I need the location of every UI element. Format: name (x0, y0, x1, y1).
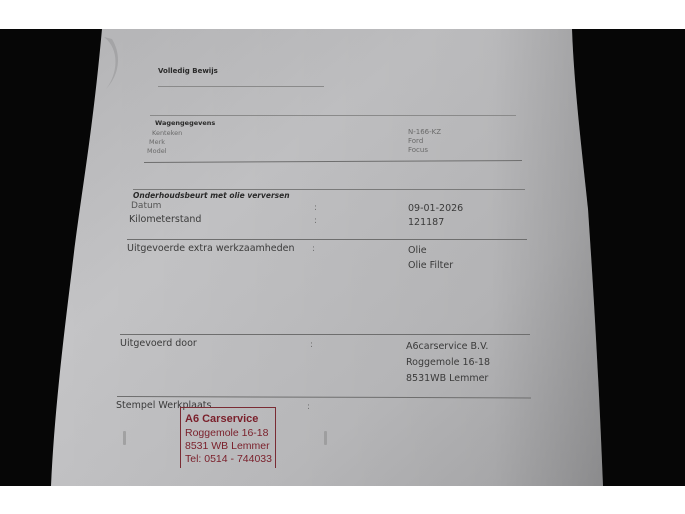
performed-by-label: Uitgevoerd door (120, 339, 197, 349)
performed-by-line: 8531WB Lemmer (406, 374, 488, 384)
divider (120, 334, 530, 335)
paper-sheet (0, 29, 685, 486)
date-separator: : (314, 204, 317, 213)
mileage-value: 121187 (408, 218, 444, 228)
performed-by-separator: : (310, 341, 313, 350)
title-underline (158, 86, 324, 87)
date-label: Datum (131, 202, 161, 211)
divider (127, 239, 527, 240)
vehicle-label: Merk (149, 139, 165, 146)
vehicle-value-make: Ford (408, 138, 423, 145)
vehicle-value-plate: N-166-KZ (408, 129, 441, 136)
stamp-phone: Tel: 0514 - 744033 (185, 454, 272, 465)
vehicle-value-model: Focus (408, 147, 428, 154)
document-photo: Volledig Bewijs Wagengegevens Kenteken M… (0, 29, 685, 486)
extra-work-label: Uitgevoerde extra werkzaamheden (127, 244, 295, 254)
vehicle-label: Model (147, 148, 167, 155)
date-value: 09-01-2026 (408, 204, 463, 214)
extra-work-item: Olie Filter (408, 261, 453, 271)
extra-work-separator: : (312, 245, 315, 254)
stamp-address: Roggemole 16-18 (185, 428, 268, 439)
pen-mark (123, 431, 126, 445)
pen-mark (324, 431, 327, 445)
mileage-separator: : (314, 217, 317, 226)
performed-by-line: Roggemole 16-18 (406, 358, 490, 368)
document-title: Volledig Bewijs (158, 68, 218, 75)
vehicle-label: Kenteken (152, 130, 182, 137)
divider (150, 115, 516, 116)
stamp-postcode: 8531 WB Lemmer (185, 441, 270, 452)
mileage-label: Kilometerstand (129, 215, 201, 225)
extra-work-item: Olie (408, 246, 427, 256)
workshop-stamp: A6 Carservice Roggemole 16-18 8531 WB Le… (180, 407, 276, 468)
service-heading: Onderhoudsbeurt met olie verversen (133, 192, 290, 200)
vehicle-heading: Wagengegevens (155, 120, 215, 127)
stamp-separator: : (307, 403, 310, 412)
performed-by-line: A6carservice B.V. (406, 342, 488, 352)
stamp-company: A6 Carservice (185, 414, 258, 425)
divider (133, 189, 525, 190)
